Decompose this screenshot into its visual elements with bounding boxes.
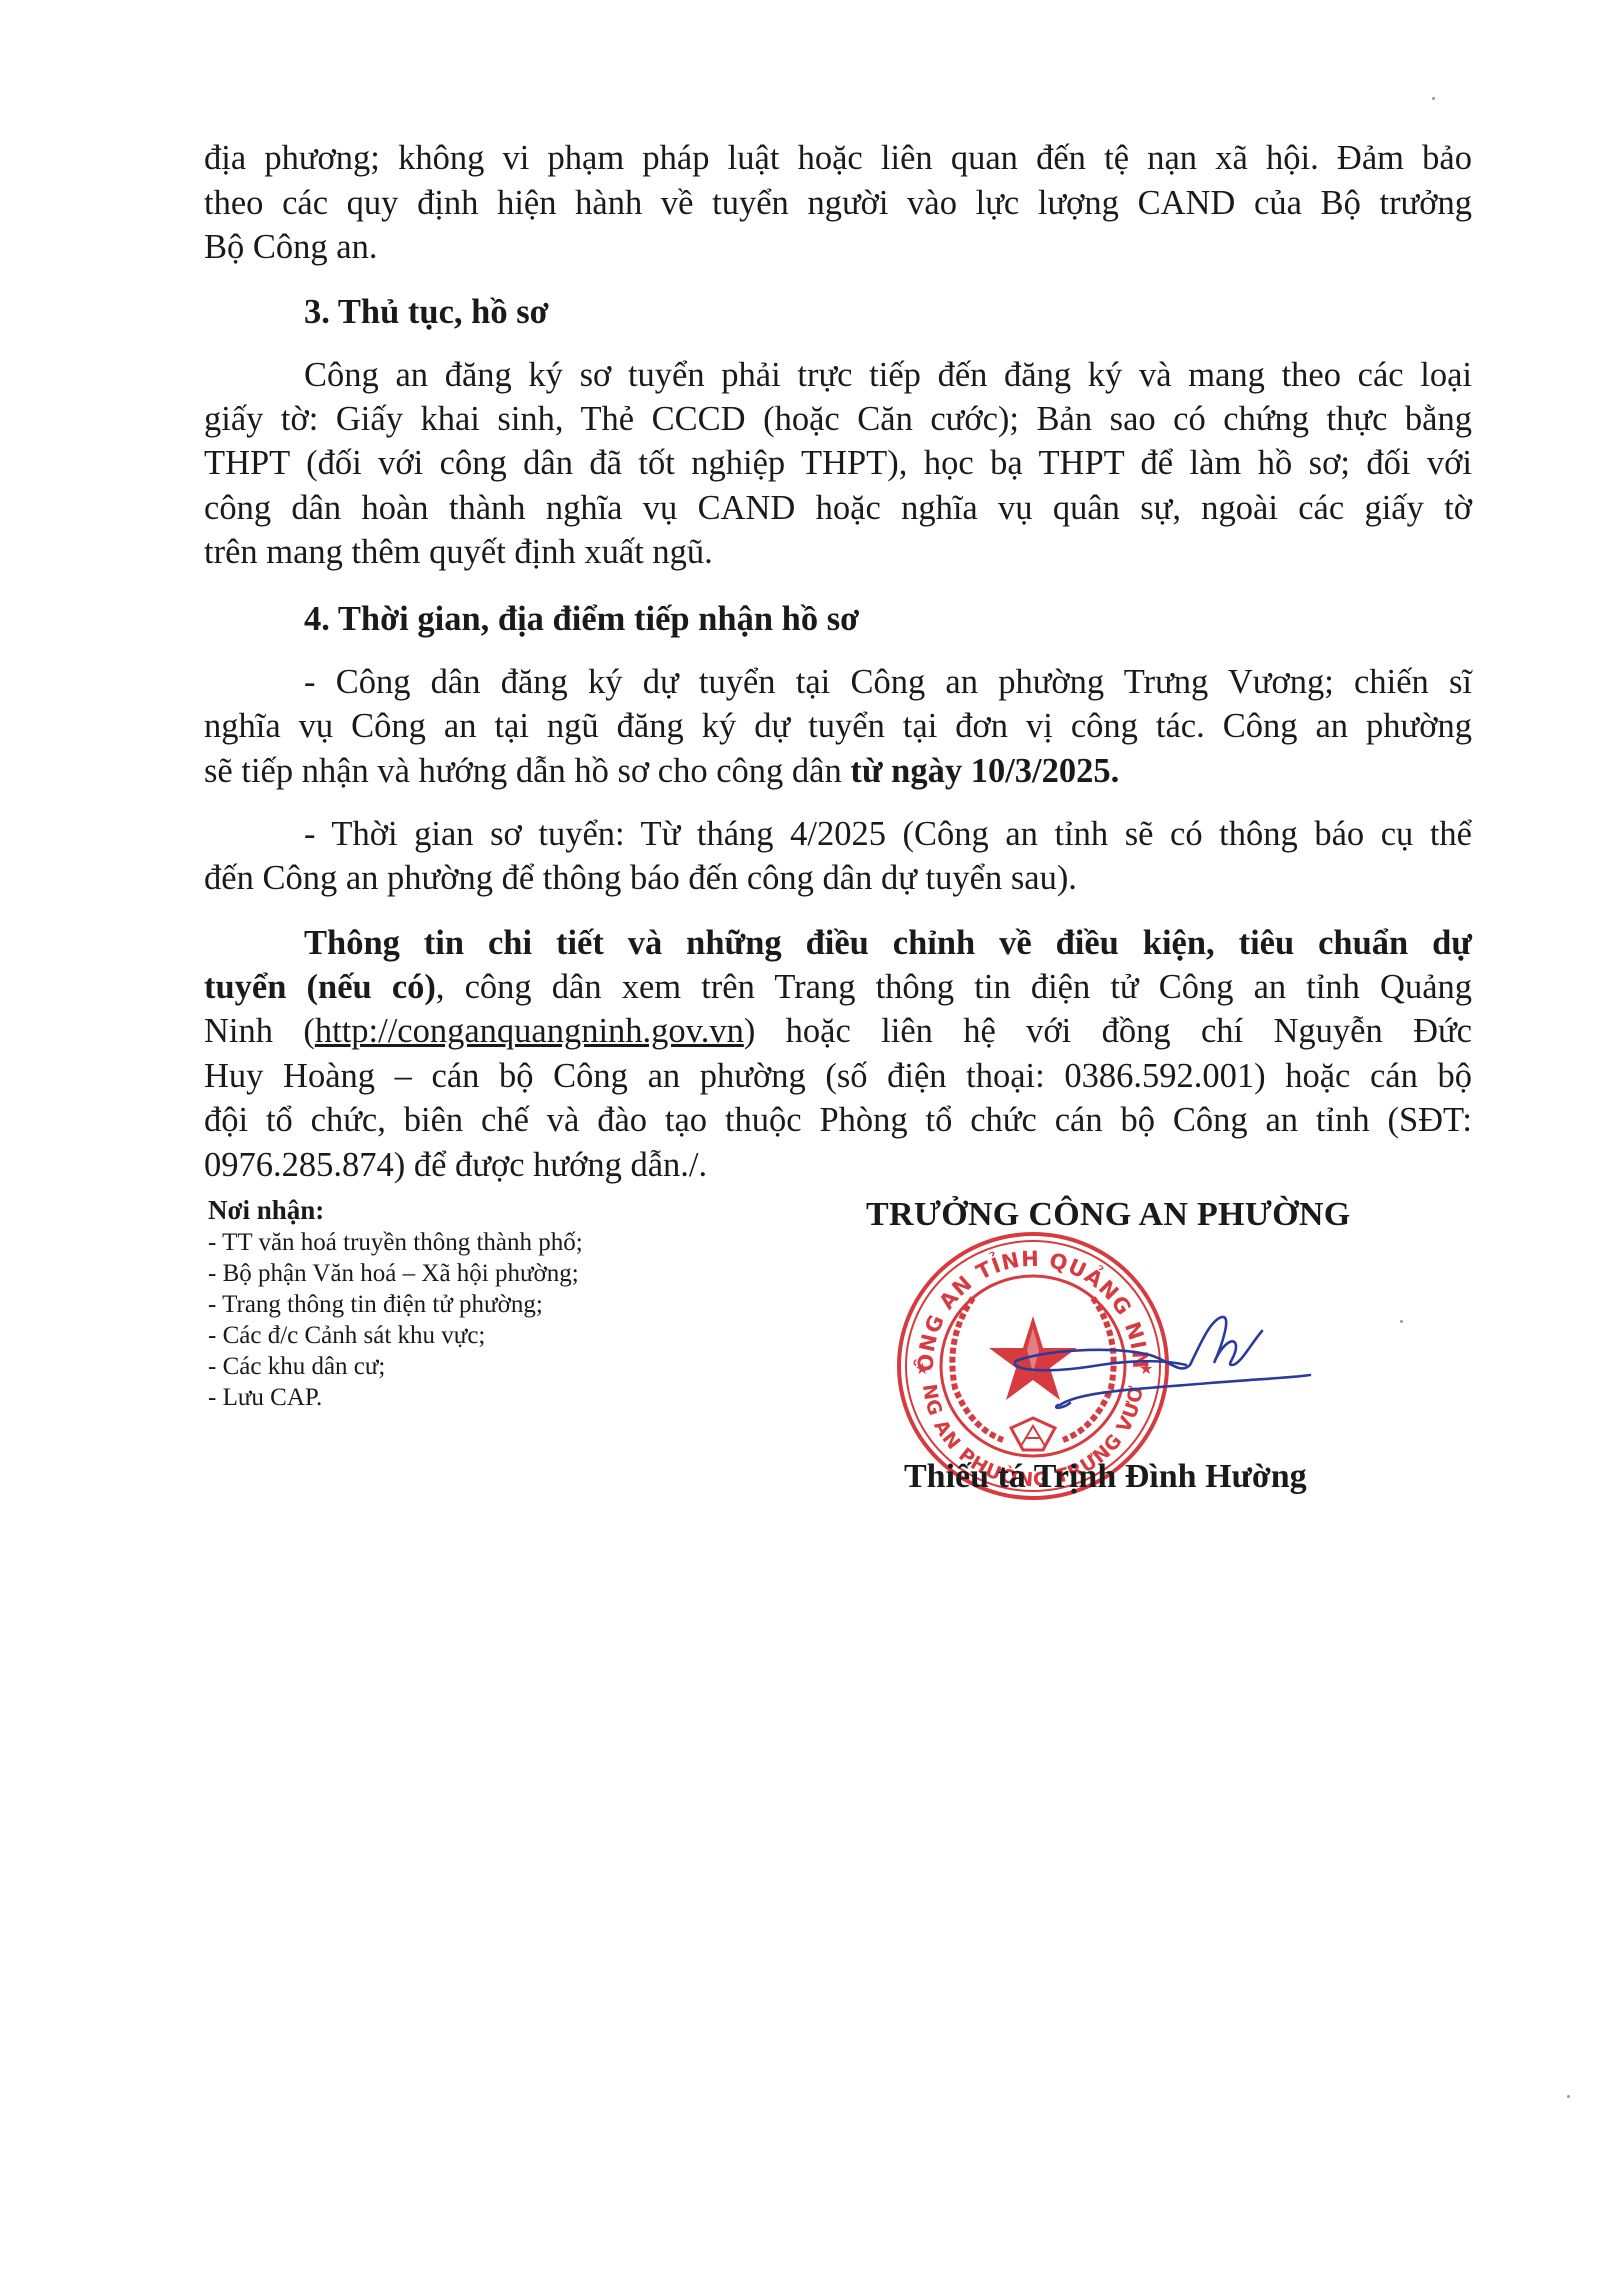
details-line-3-prefix: Ninh ( — [204, 1012, 315, 1050]
recipient-item: - Bộ phận Văn hoá – Xã hội phường; — [208, 1259, 579, 1289]
details-line-6: 0976.285.874) để được hướng dẫn./. — [204, 1143, 1472, 1187]
recipient-item: - Các đ/c Cảnh sát khu vực; — [208, 1321, 485, 1351]
details-line-3: Ninh (http://conganquangninh.gov.vn) hoặ… — [204, 1009, 1472, 1053]
details-line-2: tuyển (nếu có), công dân xem trên Trang … — [204, 965, 1472, 1009]
signer-title: TRƯỞNG CÔNG AN PHƯỜNG — [866, 1196, 1351, 1234]
section-4-para1-line-2: nghĩa vụ Công an tại ngũ đăng ký dự tuyể… — [204, 704, 1472, 748]
signer-name: Thiếu tá Trịnh Đình Hường — [904, 1458, 1307, 1496]
section-3-line-3: THPT (đối với công dân đã tốt nghiệp THP… — [204, 441, 1472, 485]
continuation-line-2: theo các quy định hiện hành về tuyển ngư… — [204, 181, 1472, 225]
handwritten-signature-icon — [1000, 1305, 1320, 1415]
scan-speck — [1400, 1320, 1403, 1323]
section-4-heading: 4. Thời gian, địa điểm tiếp nhận hồ sơ — [204, 597, 1472, 641]
start-date: từ ngày 10/3/2025. — [850, 752, 1119, 790]
details-line-3-rest: ) hoặc liên hệ với đồng chí Nguyễn Đức — [744, 1012, 1472, 1050]
section-4-para1-line-3: sẽ tiếp nhận và hướng dẫn hồ sơ cho công… — [204, 749, 1472, 793]
recipient-item: - TT văn hoá truyền thông thành phố; — [208, 1228, 583, 1258]
details-line-1: Thông tin chi tiết và những điều chỉnh v… — [204, 921, 1472, 965]
section-3-line-5: trên mang thêm quyết định xuất ngũ. — [204, 530, 1472, 574]
section-3-heading: 3. Thủ tục, hồ sơ — [204, 290, 1472, 334]
recipient-item: - Các khu dân cư; — [208, 1352, 385, 1382]
details-line-2-rest: , công dân xem trên Trang thông tin điện… — [436, 968, 1472, 1006]
continuation-line-3: Bộ Công an. — [204, 225, 1472, 269]
continuation-line-1: địa phương; không vi phạm pháp luật hoặc… — [204, 136, 1472, 180]
section-3-line-2: giấy tờ: Giấy khai sinh, Thẻ CCCD (hoặc … — [204, 397, 1472, 441]
recipients-title: Nơi nhận: — [208, 1195, 324, 1225]
recipient-item: - Trang thông tin điện tử phường; — [208, 1290, 543, 1320]
details-line-5: đội tổ chức, biên chế và đào tạo thuộc P… — [204, 1098, 1472, 1142]
scan-speck — [1432, 97, 1435, 100]
section-3-line-4: công dân hoàn thành nghĩa vụ CAND hoặc n… — [204, 486, 1472, 530]
scan-speck — [1567, 2095, 1570, 2098]
recipient-item: - Lưu CAP. — [208, 1383, 322, 1413]
section-4-para2-line-1: - Thời gian sơ tuyển: Từ tháng 4/2025 (C… — [204, 812, 1472, 856]
svg-text:★: ★ — [915, 1359, 929, 1378]
section-4-para1-line-3-text: sẽ tiếp nhận và hướng dẫn hồ sơ cho công… — [204, 752, 850, 790]
section-4-para2-line-2: đến Công an phường để thông báo đến công… — [204, 856, 1472, 900]
website-link[interactable]: http://conganquangninh.gov.vn — [315, 1012, 744, 1050]
section-3-line-1: Công an đăng ký sơ tuyển phải trực tiếp … — [204, 353, 1472, 397]
details-line-4: Huy Hoàng – cán bộ Công an phường (số đi… — [204, 1054, 1472, 1098]
details-line-2-bold: tuyển (nếu có) — [204, 968, 436, 1006]
section-4-para1-line-1: - Công dân đăng ký dự tuyển tại Công an … — [204, 660, 1472, 704]
